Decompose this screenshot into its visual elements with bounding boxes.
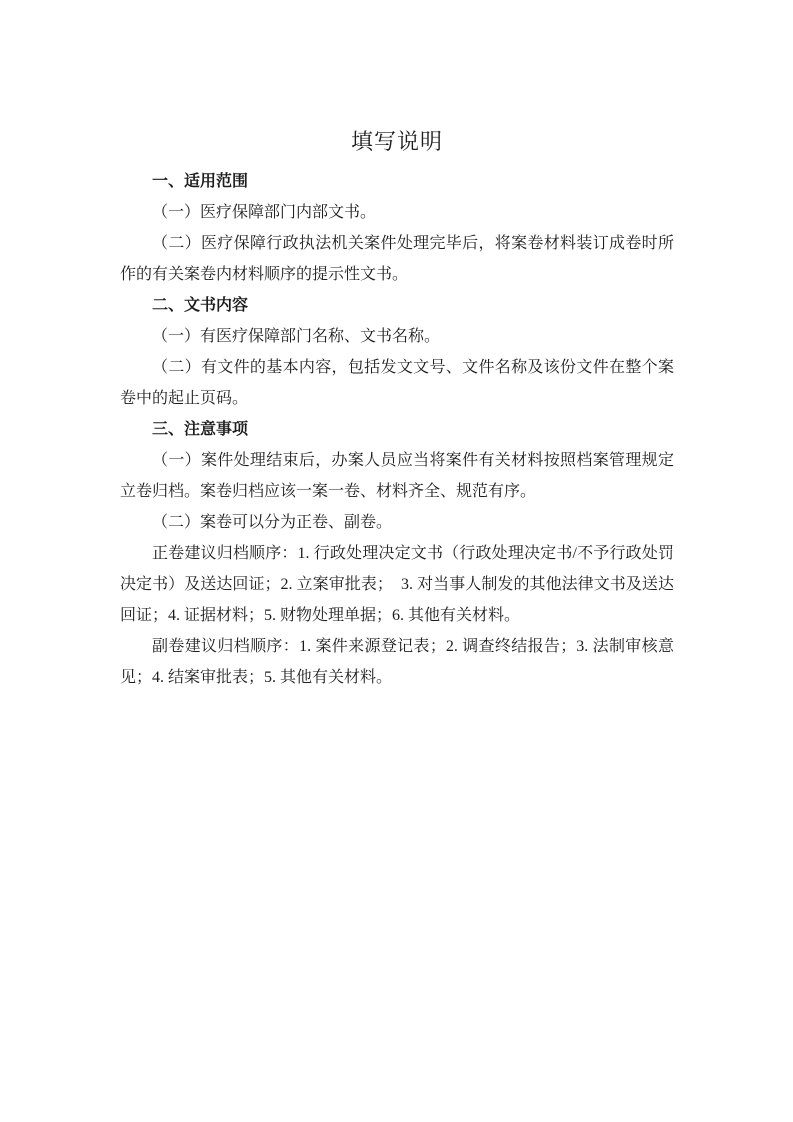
paragraph-sub-volume-order: 副卷建议归档顺序：1. 案件来源登记表；2. 调查终结报告；3. 法制审核意见；… (120, 631, 674, 693)
section-heading-contents: 二、文书内容 (120, 290, 674, 321)
paragraph-scope-item-2: （二）医疗保障行政执法机关案件处理完毕后，将案卷材料装订成卷时所作的有关案卷内材… (120, 228, 674, 290)
paragraph-contents-item-2: （二）有文件的基本内容，包括发文文号、文件名称及该份文件在整个案卷中的起止页码。 (120, 352, 674, 414)
section-heading-scope: 一、适用范围 (120, 166, 674, 197)
paragraph-scope-item-1: （一）医疗保障部门内部文书。 (120, 197, 674, 228)
paragraph-main-volume-order: 正卷建议归档顺序：1. 行政处理决定文书（行政处理决定书/不予行政处罚决定书）及… (120, 538, 674, 631)
document-title: 填写说明 (120, 127, 674, 157)
document-content: 填写说明 一、适用范围 （一）医疗保障部门内部文书。 （二）医疗保障行政执法机关… (120, 127, 674, 693)
document-page: 填写说明 一、适用范围 （一）医疗保障部门内部文书。 （二）医疗保障行政执法机关… (0, 0, 793, 1122)
section-heading-notes: 三、注意事项 (120, 414, 674, 445)
paragraph-notes-item-2: （二）案卷可以分为正卷、副卷。 (120, 507, 674, 538)
paragraph-contents-item-1: （一）有医疗保障部门名称、文书名称。 (120, 321, 674, 352)
paragraph-notes-item-1: （一）案件处理结束后，办案人员应当将案件有关材料按照档案管理规定立卷归档。案卷归… (120, 445, 674, 507)
